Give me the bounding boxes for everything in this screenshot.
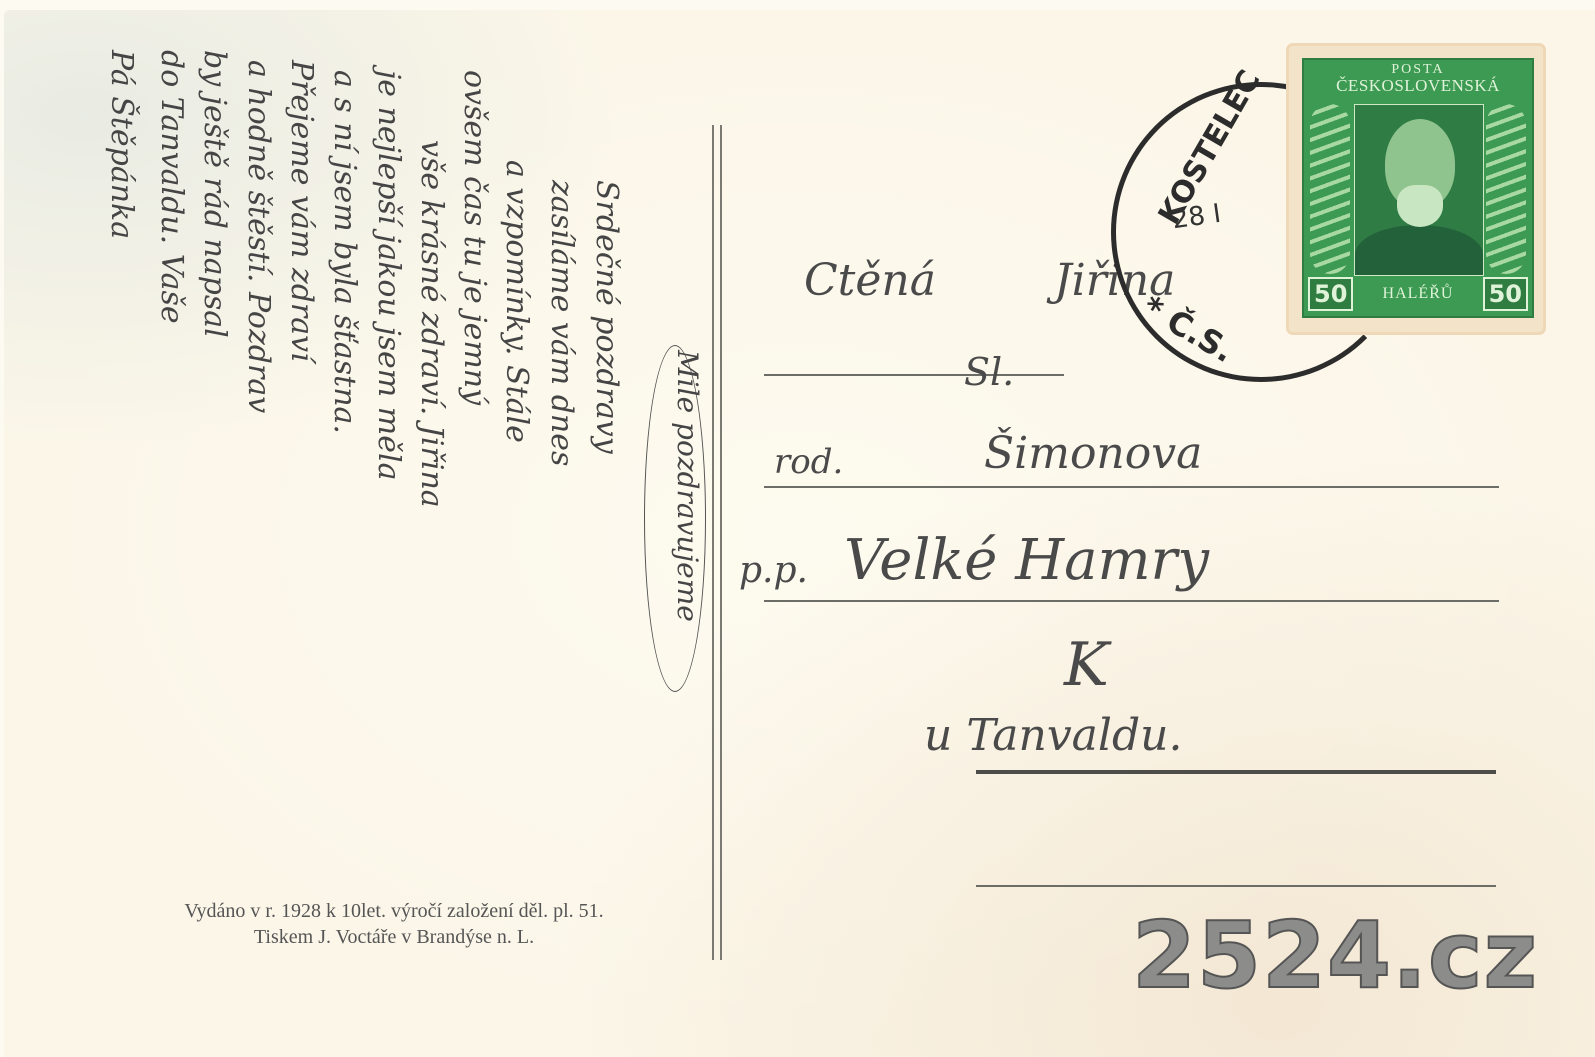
message-line: a hodně štěstí. Pozdrav (241, 60, 276, 413)
message-line: ovšem čas tu je jemný (457, 70, 492, 405)
address-maiden-name: Šimonova (984, 428, 1202, 479)
message-line: Přejeme vám zdraví (284, 60, 319, 362)
message-line: by ještě rád napsal (197, 50, 232, 338)
address-prefix-rod: rod. (774, 442, 843, 482)
message-line: zasíláme vám dnes (544, 180, 579, 466)
message-line: a vzpomínky. Stále (499, 160, 534, 443)
stamp-value-right: 50 (1483, 277, 1528, 311)
divider-line (712, 125, 714, 960)
address-title: Sl. (964, 350, 1014, 394)
message-line: Srdečné pozdravy (589, 180, 624, 454)
message-line: je nejlepší jakou jsem měla (371, 70, 406, 480)
address-line-4 (976, 770, 1496, 774)
message-line: Pá Štěpánka (104, 50, 139, 239)
stamp-design: POSTA ČESKOSLOVENSKÁ 50 HALÉŘŮ 50 (1302, 58, 1534, 318)
address-line-3 (764, 600, 1499, 602)
postcard: Srdečné pozdravy zasíláme vám dnes a vzp… (4, 10, 1595, 1057)
stamp-value-left: 50 (1308, 277, 1353, 311)
address-region: u Tanvaldu. (924, 710, 1182, 761)
address-prefix-pp: p.p. (739, 550, 808, 591)
address-line-5 (976, 885, 1496, 887)
laurel-right-icon (1486, 104, 1526, 274)
address-line-2 (764, 486, 1499, 488)
postage-stamp: POSTA ČESKOSLOVENSKÁ 50 HALÉŘŮ 50 (1289, 46, 1543, 332)
divider-line (720, 125, 722, 960)
message-line: a s ní jsem byla šťastna. (327, 70, 362, 434)
message-line: vše krásné zdraví. Jiřina (414, 140, 449, 508)
address-k: K (1064, 630, 1109, 700)
address-salutation: Ctěná (804, 255, 936, 306)
address-town: Velké Hamry (844, 528, 1209, 593)
publisher-imprint-line1: Vydáno v r. 1928 k 10let. výročí založen… (64, 898, 724, 924)
stamp-unit: HALÉŘŮ (1383, 285, 1454, 303)
portrait-icon (1354, 104, 1484, 276)
message-line: do Tanvaldu. Vaše (154, 50, 189, 324)
divider-note: Mile pozdravujeme (671, 350, 704, 622)
publisher-imprint-line2: Tiskem J. Voctáře v Brandýse n. L. (64, 924, 724, 950)
watermark: 2524.cz (1132, 902, 1538, 1009)
laurel-left-icon (1310, 104, 1350, 274)
address-line-1 (764, 374, 1064, 376)
stamp-country: ČESKOSLOVENSKÁ (1304, 78, 1532, 94)
